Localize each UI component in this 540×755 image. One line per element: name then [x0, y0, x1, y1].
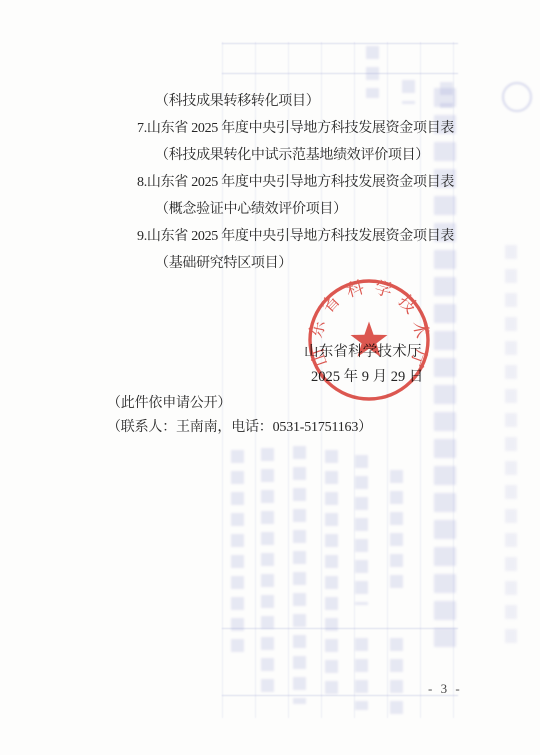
- bleedthrough-table-line: [222, 43, 458, 44]
- attachment-subtitle: （科技成果转移转化项目）: [0, 88, 540, 115]
- attachment-subtitle: （基础研究特区项目）: [0, 250, 540, 277]
- bleedthrough-vertical-text-strip: [505, 245, 517, 645]
- bleedthrough-text-marks: [261, 448, 274, 700]
- attachment-item-7: 7.山东省 2025 年度中央引导地方科技发展资金项目表: [0, 115, 540, 142]
- contact-note: （联系人：王南南，电话：0531-51751163）: [107, 416, 372, 436]
- attachment-list: （科技成果转移转化项目） 7.山东省 2025 年度中央引导地方科技发展资金项目…: [0, 88, 540, 277]
- attachment-subtitle: （科技成果转化中试示范基地绩效评价项目）: [0, 142, 540, 169]
- attachment-item-9: 9.山东省 2025 年度中央引导地方科技发展资金项目表: [0, 223, 540, 250]
- disclosure-note: （此件依申请公开）: [107, 392, 231, 412]
- attachment-subtitle: （概念验证中心绩效评价项目）: [0, 196, 540, 223]
- bleedthrough-table-line: [222, 73, 458, 74]
- bleedthrough-text-marks: [355, 455, 368, 605]
- bleedthrough-table-line: [222, 628, 458, 629]
- official-seal: 山东省科学技术厅: [306, 277, 432, 403]
- bleedthrough-text-marks: [325, 450, 338, 700]
- attachment-item-8: 8.山东省 2025 年度中央引导地方科技发展资金项目表: [0, 169, 540, 196]
- scanned-document-page: （科技成果转移转化项目） 7.山东省 2025 年度中央引导地方科技发展资金项目…: [0, 0, 540, 755]
- bleedthrough-text-marks: [355, 638, 368, 710]
- bleedthrough-text-marks: [293, 446, 306, 704]
- bleedthrough-text-marks: [390, 470, 403, 590]
- bleedthrough-text-marks: [390, 638, 403, 714]
- star-icon: [351, 322, 388, 357]
- bleedthrough-table-line: [222, 695, 458, 696]
- page-number: - 3 -: [428, 681, 462, 697]
- bleedthrough-text-marks: [231, 450, 244, 660]
